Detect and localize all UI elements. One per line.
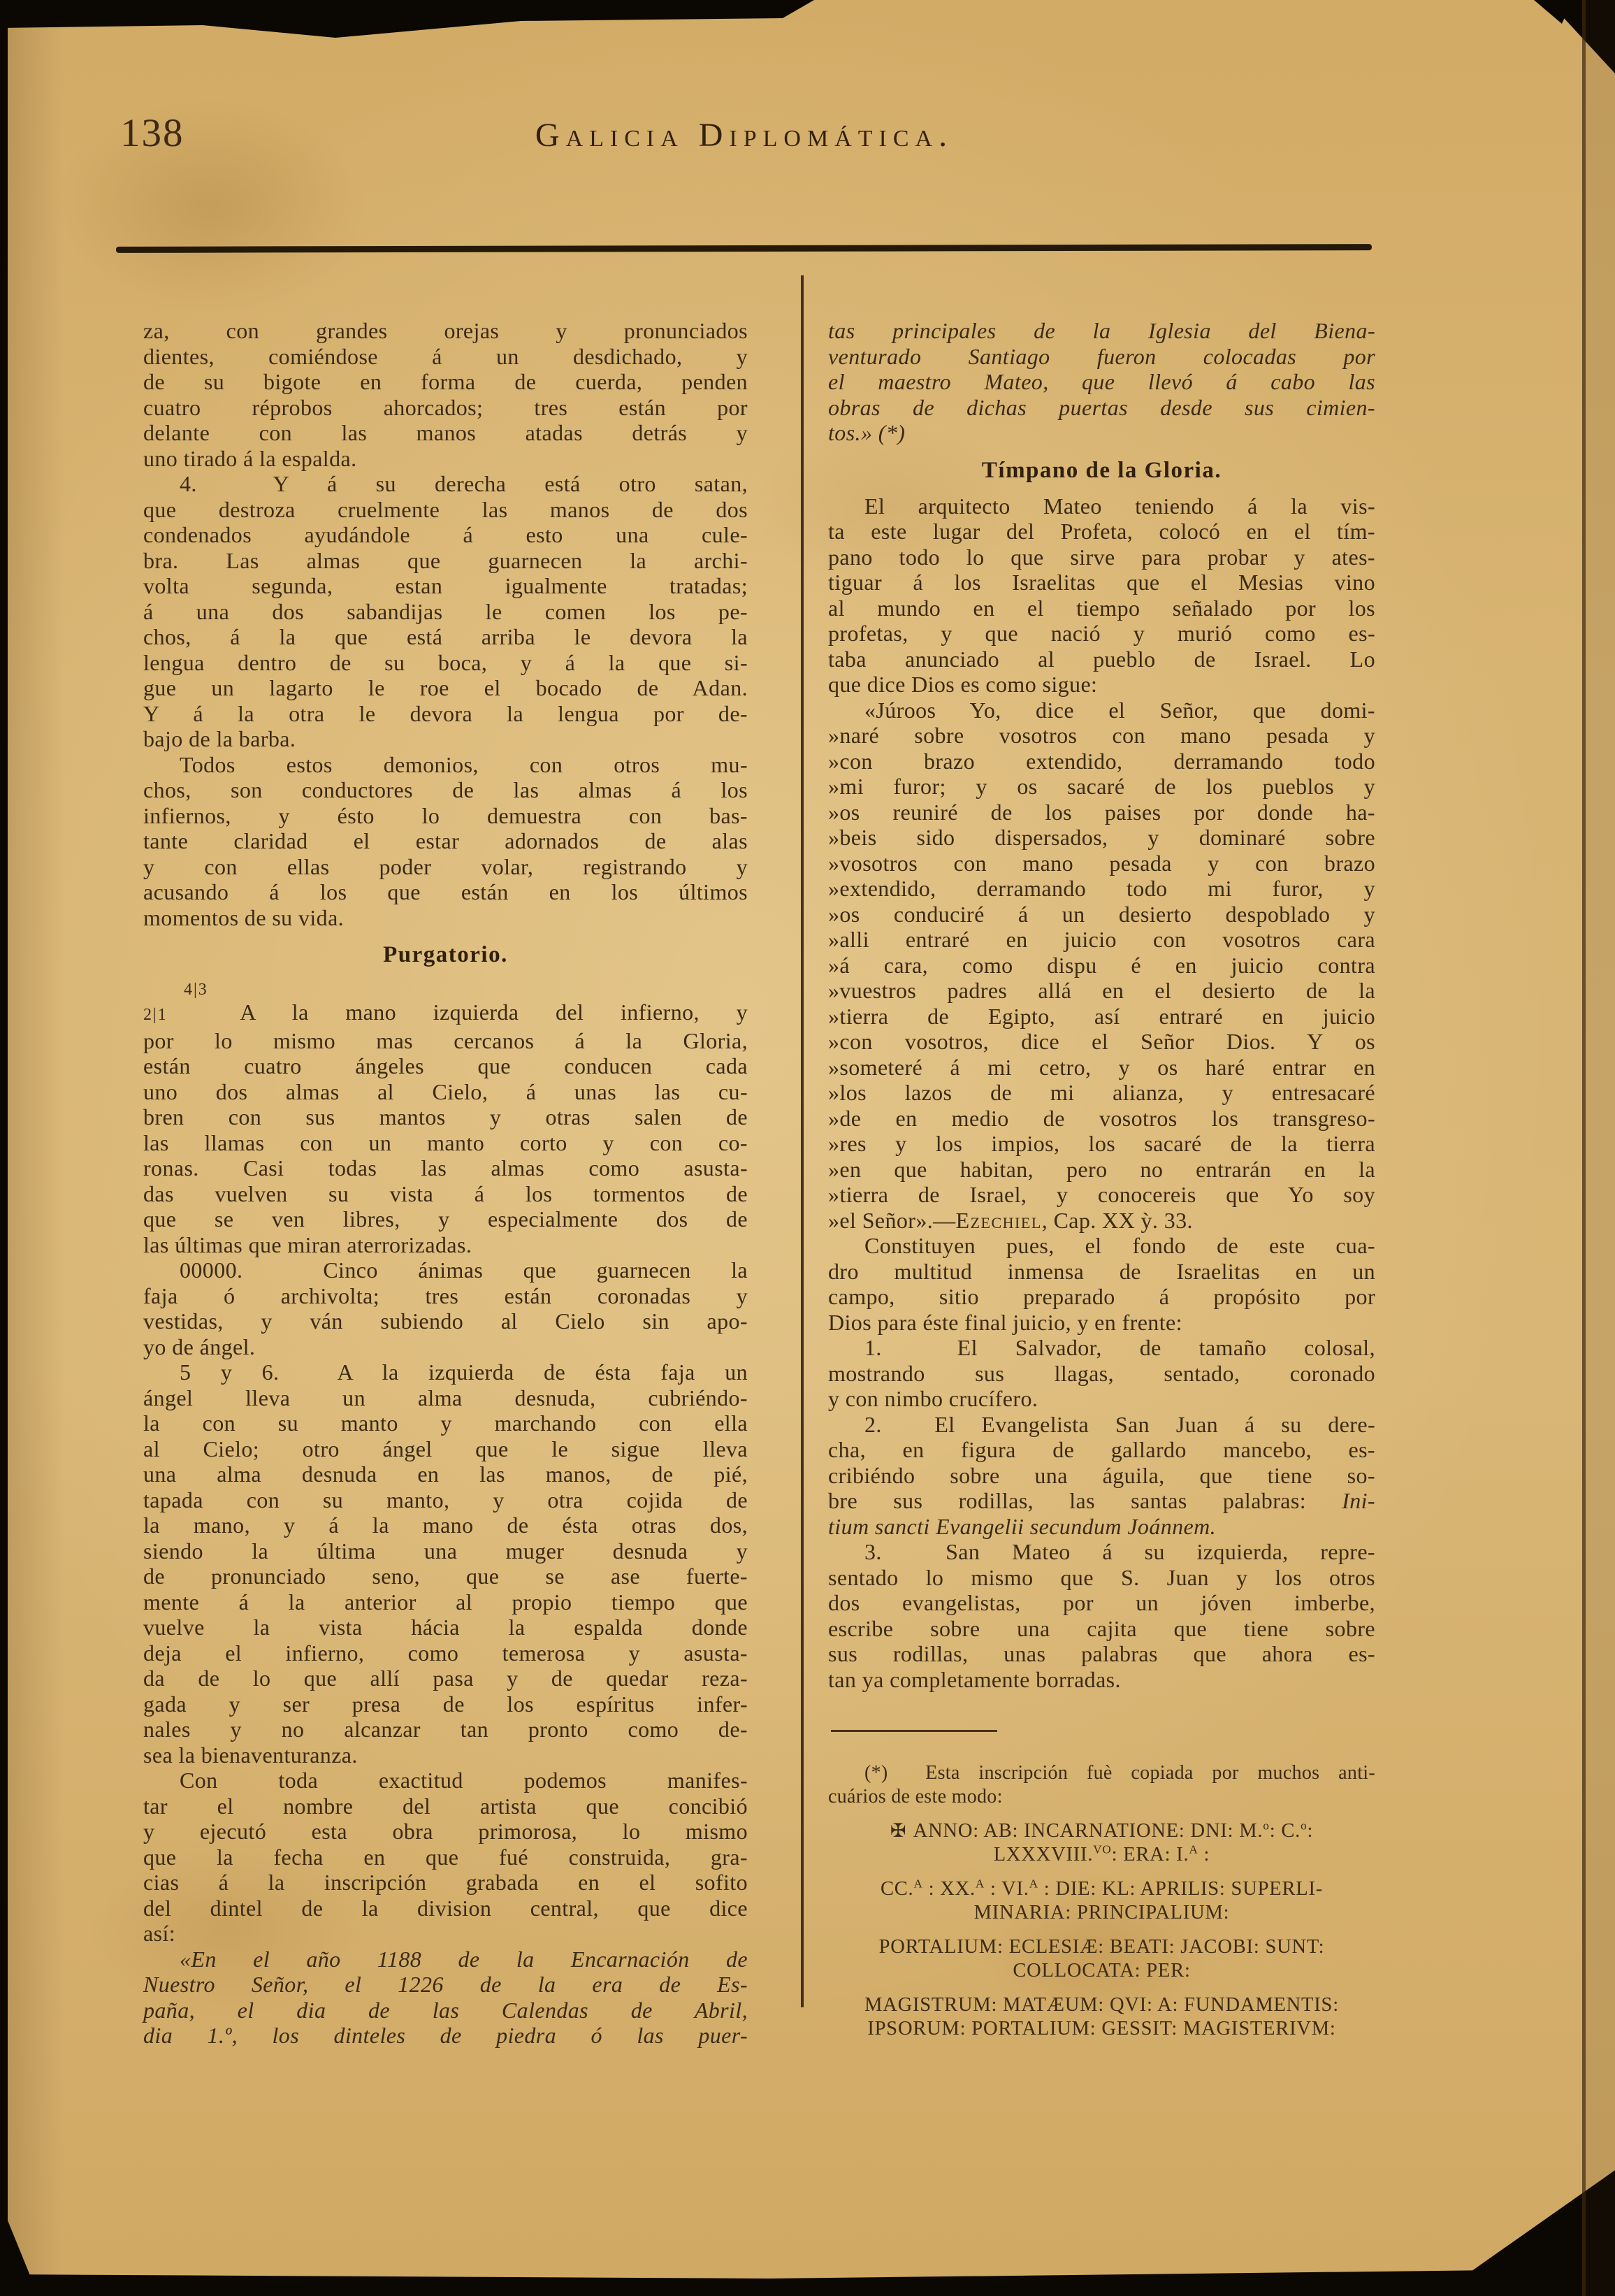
text-line: escribe sobre una cajita que tiene sobre: [828, 1616, 1375, 1642]
text-line: 1. El Salvador, de tamaño colosal,: [828, 1335, 1375, 1361]
text-line: »someteré á mi cetro, y os haré entrar e…: [828, 1055, 1375, 1081]
text-line: sentado lo mismo que S. Juan y los otros: [828, 1565, 1375, 1591]
text-line: sus rodillas, unas palabras que ahora es…: [828, 1641, 1375, 1667]
text-line: sea la bienaventuranza.: [143, 1742, 748, 1768]
text-line: bajo de la barba.: [143, 726, 748, 752]
text-line: mente á la anterior al propio tiempo que: [143, 1589, 748, 1615]
text-line: »mi furor; y os sacaré de los pueblos y: [828, 774, 1375, 800]
text-line: cha, en figura de gallardo mancebo, es-: [828, 1437, 1375, 1463]
text-line: »en que habitan, pero no entrarán en la: [828, 1157, 1375, 1183]
text-line: bren con sus mantos y otras salen de: [143, 1104, 748, 1130]
text-line: »tierra de Egipto, así entraré en juicio: [828, 1004, 1375, 1030]
text-line: Con toda exactitud podemos manifes-: [143, 1768, 748, 1793]
text-line: lengua dentro de su boca, y á la que si-: [143, 650, 748, 676]
text-line: Nuestro Señor, el 1226 de la era de Es-: [143, 1972, 748, 1998]
text-line: tium sancti Evangelii secundum Joánnem.: [828, 1514, 1375, 1540]
text-line: (*) Esta inscripción fuè copiada por muc…: [828, 1761, 1375, 1785]
text-line: LXXXVIII.VO: ERA: I.A :: [828, 1843, 1375, 1867]
paragraph-demonios: Todos estos demonios, con otros mu-chos,…: [143, 752, 748, 931]
text-line: 5 y 6. A la izquierda de ésta faja un: [143, 1359, 748, 1385]
text-line: de su bigote en forma de cuerda, penden: [143, 369, 748, 395]
text-line: la con su manto y marchando con ella: [143, 1410, 748, 1436]
text-line: ✠ ANNO: AB: INCARNATIONE: DNI: M.o: C.o:: [828, 1819, 1375, 1843]
text-line: »vuestros padres allá en el desierto de …: [828, 978, 1375, 1004]
text-line: están cuatro ángeles que conducen cada: [143, 1053, 748, 1079]
text-line: campo, sitio preparado á propósito por: [828, 1284, 1375, 1310]
column-divider: [801, 275, 804, 2007]
text-line: dia 1.º, los dinteles de piedra ó las pu…: [143, 2023, 748, 2049]
text-line: vuelve la vista hácia la espalda donde: [143, 1615, 748, 1640]
text-line: dos evangelistas, por un jóven imberbe,: [828, 1590, 1375, 1616]
text-line: MINARIA: PRINCIPALIUM:: [828, 1901, 1375, 1925]
text-line: deja el infierno, como temerosa y asusta…: [143, 1640, 748, 1666]
paragraph-inferno-continuation: za, con grandes orejas y pronunciadosdie…: [143, 318, 748, 471]
text-line: tiguar á los Israelitas que el Mesias vi…: [828, 570, 1375, 595]
text-line: za, con grandes orejas y pronunciados: [143, 318, 748, 344]
text-line: que se ven libres, y especialmente dos d…: [143, 1206, 748, 1232]
text-line: Constituyen pues, el fondo de este cua-: [828, 1233, 1375, 1259]
paragraph-item-4: 4. Y á su derecha está otro satan,que de…: [143, 471, 748, 752]
right-column: tas principales de la Iglesia del Biena-…: [828, 318, 1375, 2051]
text-line: das vuelven su vista á los tormentos de: [143, 1181, 748, 1207]
text-line: gada y ser presa de los espíritus infer-: [143, 1691, 748, 1717]
paragraph-item-2-san-juan: 2. El Evangelista San Juan á su dere-cha…: [828, 1412, 1375, 1540]
text-line: tar el nombre del artista que concibió: [143, 1793, 748, 1819]
text-line: delante con las manos atadas detrás y: [143, 420, 748, 446]
inscription-anno: ✠ ANNO: AB: INCARNATIONE: DNI: M.o: C.o:…: [828, 1819, 1375, 1867]
text-line: tan ya completamente borradas.: [828, 1667, 1375, 1693]
text-line: ta este lugar del Profeta, colocó en el …: [828, 519, 1375, 544]
scan-edge-left: [0, 0, 8, 2296]
text-line: 00000. Cinco ánimas que guarnecen la: [143, 1257, 748, 1283]
text-line: acusando á los que están en los últimos: [143, 879, 748, 905]
text-line: faja ó archivolta; tres están coronadas …: [143, 1283, 748, 1309]
text-line: 2|1 A la mano izquierda del infierno, y: [143, 999, 748, 1028]
text-line: á una dos sabandijas le comen los pe-: [143, 599, 748, 625]
text-line: condenados ayudándole á esto una cule-: [143, 522, 748, 548]
text-line: una alma desnuda en las manos, de pié,: [143, 1461, 748, 1487]
text-line: taba anunciado al pueblo de Israel. Lo: [828, 647, 1375, 672]
text-line: siendo la última una muger desnuda y: [143, 1538, 748, 1564]
text-line: tas principales de la Iglesia del Biena-: [828, 318, 1375, 344]
text-line: el maestro Mateo, que llevó á cabo las: [828, 369, 1375, 395]
journal-title: Galicia Diplomática.: [283, 116, 1205, 154]
paragraph-inscripcion-es: «En el año 1188 de la Encarnación deNues…: [143, 1947, 748, 2049]
text-line: venturado Santiago fueron colocadas por: [828, 344, 1375, 370]
text-line: tos.» (*): [828, 420, 1375, 446]
text-line: cias á la inscripción grabada en el sofi…: [143, 1870, 748, 1896]
text-line: ronas. Casi todas las almas como asusta-: [143, 1155, 748, 1181]
text-line: PORTALIUM: ECLESIÆ: BEATI: JACOBI: SUNT:: [828, 1935, 1375, 1959]
text-line: IPSORUM: PORTALIUM: GESSIT: MAGISTERIVM:: [828, 2017, 1375, 2041]
text-line: que la fecha en que fué construida, gra-: [143, 1844, 748, 1870]
paragraph-item-1-salvador: 1. El Salvador, de tamaño colosal,mostra…: [828, 1335, 1375, 1412]
text-line: »de en medio de vosotros los transgreso-: [828, 1106, 1375, 1132]
paragraph-arquitecto: El arquitecto Mateo teniendo á la vis-ta…: [828, 493, 1375, 698]
page-fold-shade: [1586, 0, 1615, 2296]
text-line: tapada con su manto, y otra cojida de: [143, 1487, 748, 1513]
text-line: así:: [143, 1921, 748, 1947]
text-line: de pronunciado seno, que se ase fuerte-: [143, 1564, 748, 1589]
text-line: las llamas con un manto corto y con co-: [143, 1130, 748, 1156]
text-line: las últimas que miran aterrorizadas.: [143, 1232, 748, 1258]
text-line: vestidas, y ván subiendo al Cielo sin ap…: [143, 1308, 748, 1334]
text-line: »naré sobre vosotros con mano pesada y: [828, 723, 1375, 749]
footnote-intro: (*) Esta inscripción fuè copiada por muc…: [828, 1761, 1375, 1809]
paragraph-cinco-animas: 00000. Cinco ánimas que guarnecen lafaja…: [143, 1257, 748, 1359]
paragraph-inscripcion-continuation: tas principales de la Iglesia del Biena-…: [828, 318, 1375, 446]
text-line: uno dos almas al Cielo, á unas las cu-: [143, 1079, 748, 1105]
left-column: za, con grandes orejas y pronunciadosdie…: [143, 318, 748, 2049]
text-line: tante claridad el estar adornados de ala…: [143, 828, 748, 854]
text-line: »extendido, derramando todo mi furor, y: [828, 876, 1375, 902]
text-line: »el Señor».—Ezechiel, Cap. XX ỳ. 33.: [828, 1208, 1375, 1234]
text-line: cuários de este modo:: [828, 1785, 1375, 1809]
text-line: pano todo lo que sirve para probar y ate…: [828, 544, 1375, 570]
text-line: cribiéndo sobre una águila, que tiene so…: [828, 1463, 1375, 1489]
text-line: »tierra de Israel, y conocereis que Yo s…: [828, 1182, 1375, 1208]
paragraph-items-5-6: 5 y 6. A la izquierda de ésta faja unáng…: [143, 1359, 748, 1768]
text-line: bra. Las almas que guarnecen la archi-: [143, 548, 748, 574]
text-line: »á cara, como dispu é en juicio contra: [828, 953, 1375, 979]
text-line: »vosotros con mano pesada y con brazo: [828, 851, 1375, 876]
page: 138 Galicia Diplomática. za, con grandes…: [0, 0, 1615, 2296]
inscription-magistrum: MAGISTRUM: MATÆUM: QVI: A: FUNDAMENTIS:I…: [828, 1993, 1375, 2041]
text-line: uno tirado á la espalda.: [143, 446, 748, 472]
text-line: paña, el dia de las Calendas de Abril,: [143, 1998, 748, 2023]
text-line: Y á la otra le devora la lengua por de-: [143, 701, 748, 727]
text-line: chos, á la que está arriba le devora la: [143, 624, 748, 650]
paragraph-constituyen: Constituyen pues, el fondo de este cua-d…: [828, 1233, 1375, 1335]
text-line: 2. El Evangelista San Juan á su dere-: [828, 1412, 1375, 1438]
text-line: chos, son conductores de las almas á los: [143, 777, 748, 803]
text-line: cuatro réprobos ahorcados; tres están po…: [143, 395, 748, 421]
section-heading: Tímpano de la Gloria.: [828, 458, 1375, 484]
text-line: la mano, y á la mano de ésta otras dos,: [143, 1512, 748, 1538]
text-line: nales y no alcanzar tan pronto como de-: [143, 1717, 748, 1742]
text-line: CC.A : XX.A : VI.A : DIE: KL: APRILIS: S…: [828, 1877, 1375, 1901]
text-line: al Cielo; otro ángel que le sigue lleva: [143, 1436, 748, 1462]
text-line: El arquitecto Mateo teniendo á la vis-: [828, 493, 1375, 519]
inscription-cc: CC.A : XX.A : VI.A : DIE: KL: APRILIS: S…: [828, 1877, 1375, 1925]
text-line: dientes, comiéndose á un desdichado, y: [143, 344, 748, 370]
text-line: yo de ángel.: [143, 1334, 748, 1360]
text-line: «Júroos Yo, dice el Señor, que domi-: [828, 698, 1375, 723]
text-line: Todos estos demonios, con otros mu-: [143, 752, 748, 778]
text-line: 4|3: [143, 978, 748, 999]
section-heading: Purgatorio.: [143, 942, 748, 968]
text-line: y con ellas poder volar, registrando y: [143, 854, 748, 880]
text-line: momentos de su vida.: [143, 905, 748, 931]
inscription-portalium: PORTALIUM: ECLESIÆ: BEATI: JACOBI: SUNT:…: [828, 1935, 1375, 1983]
text-line: mostrando sus llagas, sentado, coronado: [828, 1361, 1375, 1387]
text-line: 4. Y á su derecha está otro satan,: [143, 471, 748, 497]
text-line: »con brazo extendido, derramando todo: [828, 749, 1375, 774]
text-line: al mundo en el tiempo señalado por los: [828, 595, 1375, 621]
text-line: »con vosotros, dice el Señor Dios. Y os: [828, 1029, 1375, 1055]
text-line: »los lazos de mi alianza, y entresacaré: [828, 1080, 1375, 1106]
footnote-rule: [831, 1730, 997, 1732]
paragraph-purgatorio: 4|32|1 A la mano izquierda del infierno,…: [143, 978, 748, 1257]
text-line: volta segunda, estan igualmente tratadas…: [143, 573, 748, 599]
text-line: da de lo que allí pasa y de quedar reza-: [143, 1666, 748, 1691]
text-line: »alli entraré en juicio con vosotros car…: [828, 927, 1375, 953]
text-line: MAGISTRUM: MATÆUM: QVI: A: FUNDAMENTIS:: [828, 1993, 1375, 2017]
text-line: y ejecutó esta obra primorosa, lo mismo: [143, 1819, 748, 1844]
text-line: «En el año 1188 de la Encarnación de: [143, 1947, 748, 1972]
paragraph-cita-ezechiel: «Júroos Yo, dice el Señor, que domi-»nar…: [828, 698, 1375, 1234]
text-line: COLLOCATA: PER:: [828, 1959, 1375, 1983]
text-line: y con nimbo crucífero.: [828, 1386, 1375, 1412]
text-line: infiernos, y ésto lo demuestra con bas-: [143, 803, 748, 829]
text-line: que destroza cruelmente las manos de dos: [143, 497, 748, 523]
text-line: ángel lleva un alma desnuda, cubriéndo-: [143, 1385, 748, 1411]
text-line: bre sus rodillas, las santas palabras: I…: [828, 1488, 1375, 1514]
text-line: Dios para éste final juicio, y en frente…: [828, 1310, 1375, 1336]
text-line: obras de dichas puertas desde sus cimien…: [828, 395, 1375, 421]
text-line: »res y los impios, los sacaré de la tier…: [828, 1131, 1375, 1157]
text-line: »os reuniré de los paises por donde ha-: [828, 800, 1375, 825]
text-line: por lo mismo mas cercanos á la Gloria,: [143, 1028, 748, 1054]
text-line: »beis sido dispersados, y dominaré sobre: [828, 825, 1375, 851]
paragraph-item-3-san-mateo: 3. San Mateo á su izquierda, repre-senta…: [828, 1539, 1375, 1692]
text-line: del dintel de la division central, que d…: [143, 1896, 748, 1921]
text-line: »os conduciré á un desierto despoblado y: [828, 902, 1375, 927]
text-line: 3. San Mateo á su izquierda, repre-: [828, 1539, 1375, 1565]
text-line: dro multitud inmensa de Israelitas en un: [828, 1259, 1375, 1285]
paragraph-artista: Con toda exactitud podemos manifes-tar e…: [143, 1768, 748, 1947]
text-line: profetas, y que nació y murió como es-: [828, 621, 1375, 647]
text-line: que dice Dios es como sigue:: [828, 672, 1375, 698]
text-line: gue un lagarto le roe el bocado de Adan.: [143, 675, 748, 701]
page-number: 138: [120, 110, 184, 156]
